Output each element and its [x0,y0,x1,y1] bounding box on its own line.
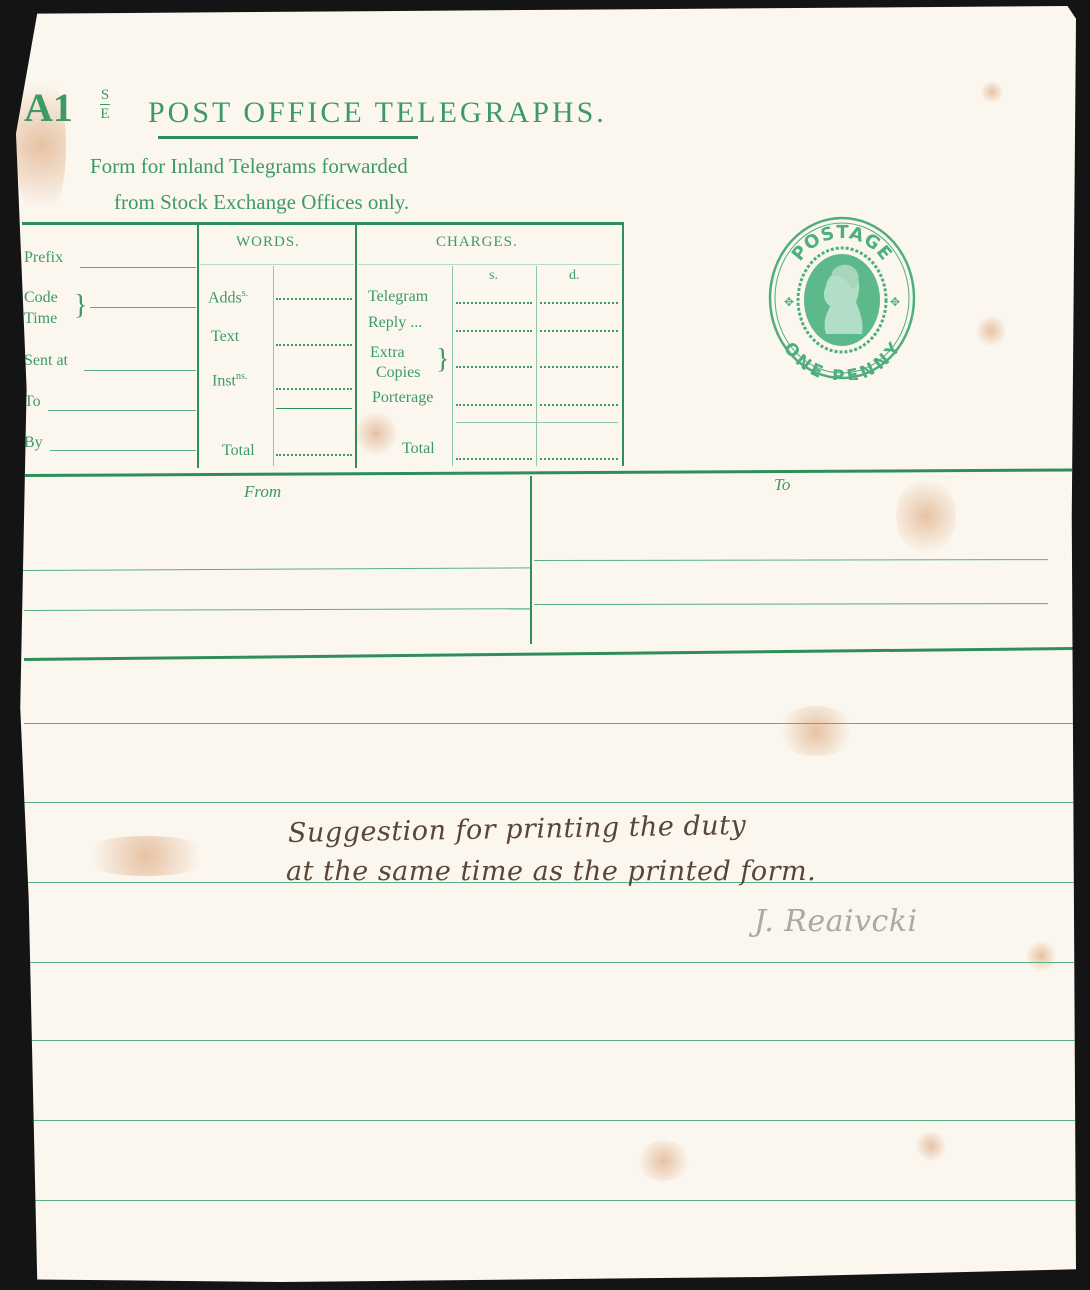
code-time-field[interactable] [90,307,196,308]
words-total-label: Total [222,442,255,460]
adds-text: Adds [208,289,242,306]
address-bottom-border [24,647,1076,661]
foxing-stain [356,411,396,456]
foxing-stain [981,81,1003,103]
charge-label-extra: Extra [370,344,405,362]
form-title: POST OFFICE TELEGRAPHS. [148,96,607,130]
sent-at-field[interactable] [84,370,196,371]
porterage-shillings-field[interactable] [456,404,532,406]
telegram-shillings-field[interactable] [456,302,532,304]
charges-subtotal-rule [456,422,618,423]
words-label-adds: Addss. [208,288,248,307]
message-line-4[interactable] [24,962,1076,963]
from-line-2[interactable] [24,608,530,611]
words-subtotal-rule [276,408,352,409]
field-label-sent-at: Sent at [24,352,68,370]
address-top-border [24,468,1076,477]
one-penny-stamp: POSTAGE ONE PENNY ✥ ✥ [768,216,916,380]
words-label-text: Text [211,328,239,346]
message-line-5[interactable] [24,1040,1076,1041]
foxing-stain [896,476,956,556]
from-label: From [244,482,281,502]
extra-copies-shillings-field[interactable] [456,366,532,368]
words-header-rule [200,264,354,265]
handwritten-note-line-1: Suggestion for printing the duty [288,810,747,849]
field-label-to: To [24,393,41,411]
instns-words-field[interactable] [276,388,352,390]
brace-icon: } [74,292,87,320]
svg-text:✥: ✥ [784,295,794,309]
foxing-stain [1026,941,1056,971]
svg-text:✥: ✥ [890,295,900,309]
total-shillings-field[interactable] [456,458,532,460]
from-line-1[interactable] [22,567,530,571]
brace-icon: } [436,346,449,374]
porterage-pence-field[interactable] [540,404,618,406]
to-line-2[interactable] [534,603,1048,605]
charges-total-label: Total [402,440,435,458]
handwritten-signature: J. Reaivcki [754,904,918,939]
code-super-bottom: E [100,105,110,123]
instns-sup: ns. [236,371,247,382]
field-label-prefix: Prefix [24,249,63,267]
adds-sup: s. [242,288,248,299]
total-pence-field[interactable] [540,458,618,460]
to-label: To [774,475,790,495]
form-code: A1 [24,84,73,131]
by-field[interactable] [50,450,196,451]
telegram-form-paper: A1 S E POST OFFICE TELEGRAPHS. Form for … [16,6,1076,1282]
charges-d-divider [536,266,537,466]
table-right-border [622,222,624,466]
field-label-time: Time [24,310,57,328]
message-line-6[interactable] [24,1120,1076,1121]
words-header: WORDS. [236,234,300,251]
form-subtitle-1: Form for Inland Telegrams forwarded [90,154,408,179]
title-underline [158,136,418,139]
foxing-stain [916,1131,946,1161]
adds-words-field[interactable] [276,298,352,300]
instns-text: Inst [212,372,236,389]
table-top-border [22,222,624,225]
charges-s-divider [452,266,453,466]
charges-header-rule [358,264,620,265]
charge-label-copies: Copies [376,364,420,382]
charge-label-reply: Reply ... [368,314,422,332]
charges-header: CHARGES. [436,234,518,251]
telegram-pence-field[interactable] [540,302,618,304]
foxing-stain [76,836,216,876]
words-total-field[interactable] [276,454,352,456]
message-line-7[interactable] [24,1200,1076,1201]
code-super-top: S [100,86,110,104]
divider-words-charges [355,224,357,468]
foxing-stain [976,316,1006,346]
charge-label-telegram: Telegram [368,288,428,306]
handwritten-note-line-2: at the same time as the printed form. [286,856,816,887]
to-field[interactable] [48,410,196,411]
message-line-1[interactable] [24,723,1076,724]
extra-copies-pence-field[interactable] [540,366,618,368]
field-label-code: Code [24,289,58,307]
foxing-stain [636,1141,691,1181]
words-column-divider [273,266,274,466]
words-label-instns: Instns. [212,371,247,390]
pence-column-header: d. [569,268,580,284]
foxing-stain [776,706,856,756]
reply-shillings-field[interactable] [456,330,532,332]
shillings-column-header: s. [489,268,498,284]
queen-victoria-stamp-icon: POSTAGE ONE PENNY ✥ ✥ [768,216,916,380]
prefix-field[interactable] [80,267,196,268]
field-label-by: By [24,434,43,452]
form-code-superscript: S E [100,86,110,123]
message-line-2[interactable] [24,802,1076,803]
to-line-1[interactable] [534,559,1048,561]
charge-label-porterage: Porterage [372,389,433,407]
form-subtitle-2: from Stock Exchange Offices only. [114,190,409,215]
reply-pence-field[interactable] [540,330,618,332]
text-words-field[interactable] [276,344,352,346]
divider-left-words [197,224,199,468]
from-to-divider [530,476,532,644]
